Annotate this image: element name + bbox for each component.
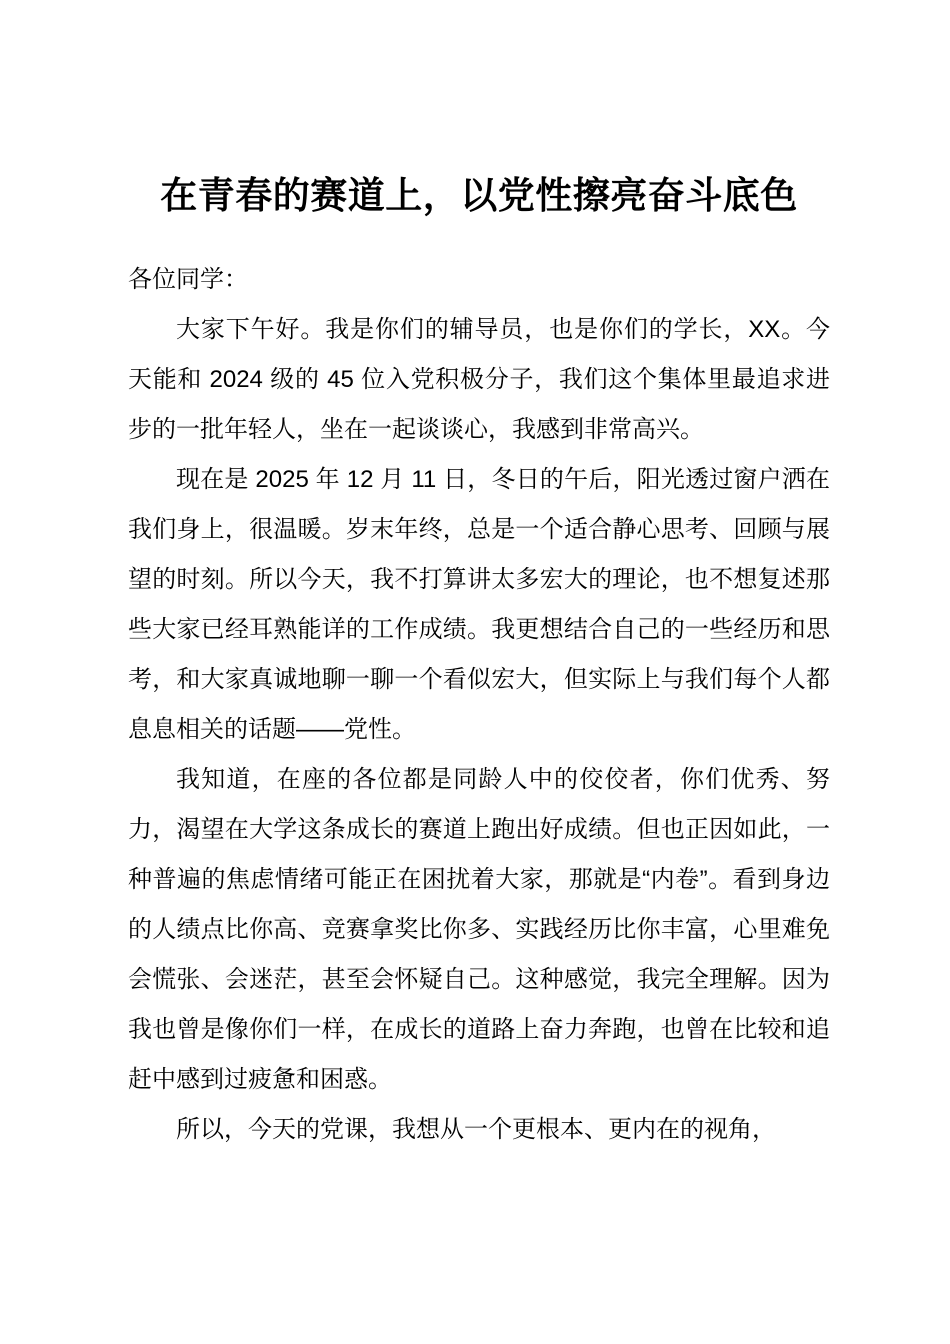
body-paragraph: 现在是 2025 年 12 月 11 日，冬日的午后，阳光透过窗户洒在我们身上，… [128, 455, 830, 755]
body-paragraph: 所以，今天的党课，我想从一个更根本、更内在的视角， [128, 1105, 830, 1155]
body-paragraph: 大家下午好。我是你们的辅导员，也是你们的学长，XX。今天能和 2024 级的 4… [128, 305, 830, 455]
document-body: 各位同学： 大家下午好。我是你们的辅导员，也是你们的学长，XX。今天能和 202… [128, 255, 830, 1155]
document-title: 在青春的赛道上，以党性擦亮奋斗底色 [128, 173, 830, 219]
document-page: 在青春的赛道上，以党性擦亮奋斗底色 各位同学： 大家下午好。我是你们的辅导员，也… [0, 0, 950, 1344]
paragraph-list: 大家下午好。我是你们的辅导员，也是你们的学长，XX。今天能和 2024 级的 4… [128, 305, 830, 1155]
salutation-line: 各位同学： [128, 255, 830, 305]
body-paragraph: 我知道，在座的各位都是同龄人中的佼佼者，你们优秀、努力，渴望在大学这条成长的赛道… [128, 755, 830, 1105]
